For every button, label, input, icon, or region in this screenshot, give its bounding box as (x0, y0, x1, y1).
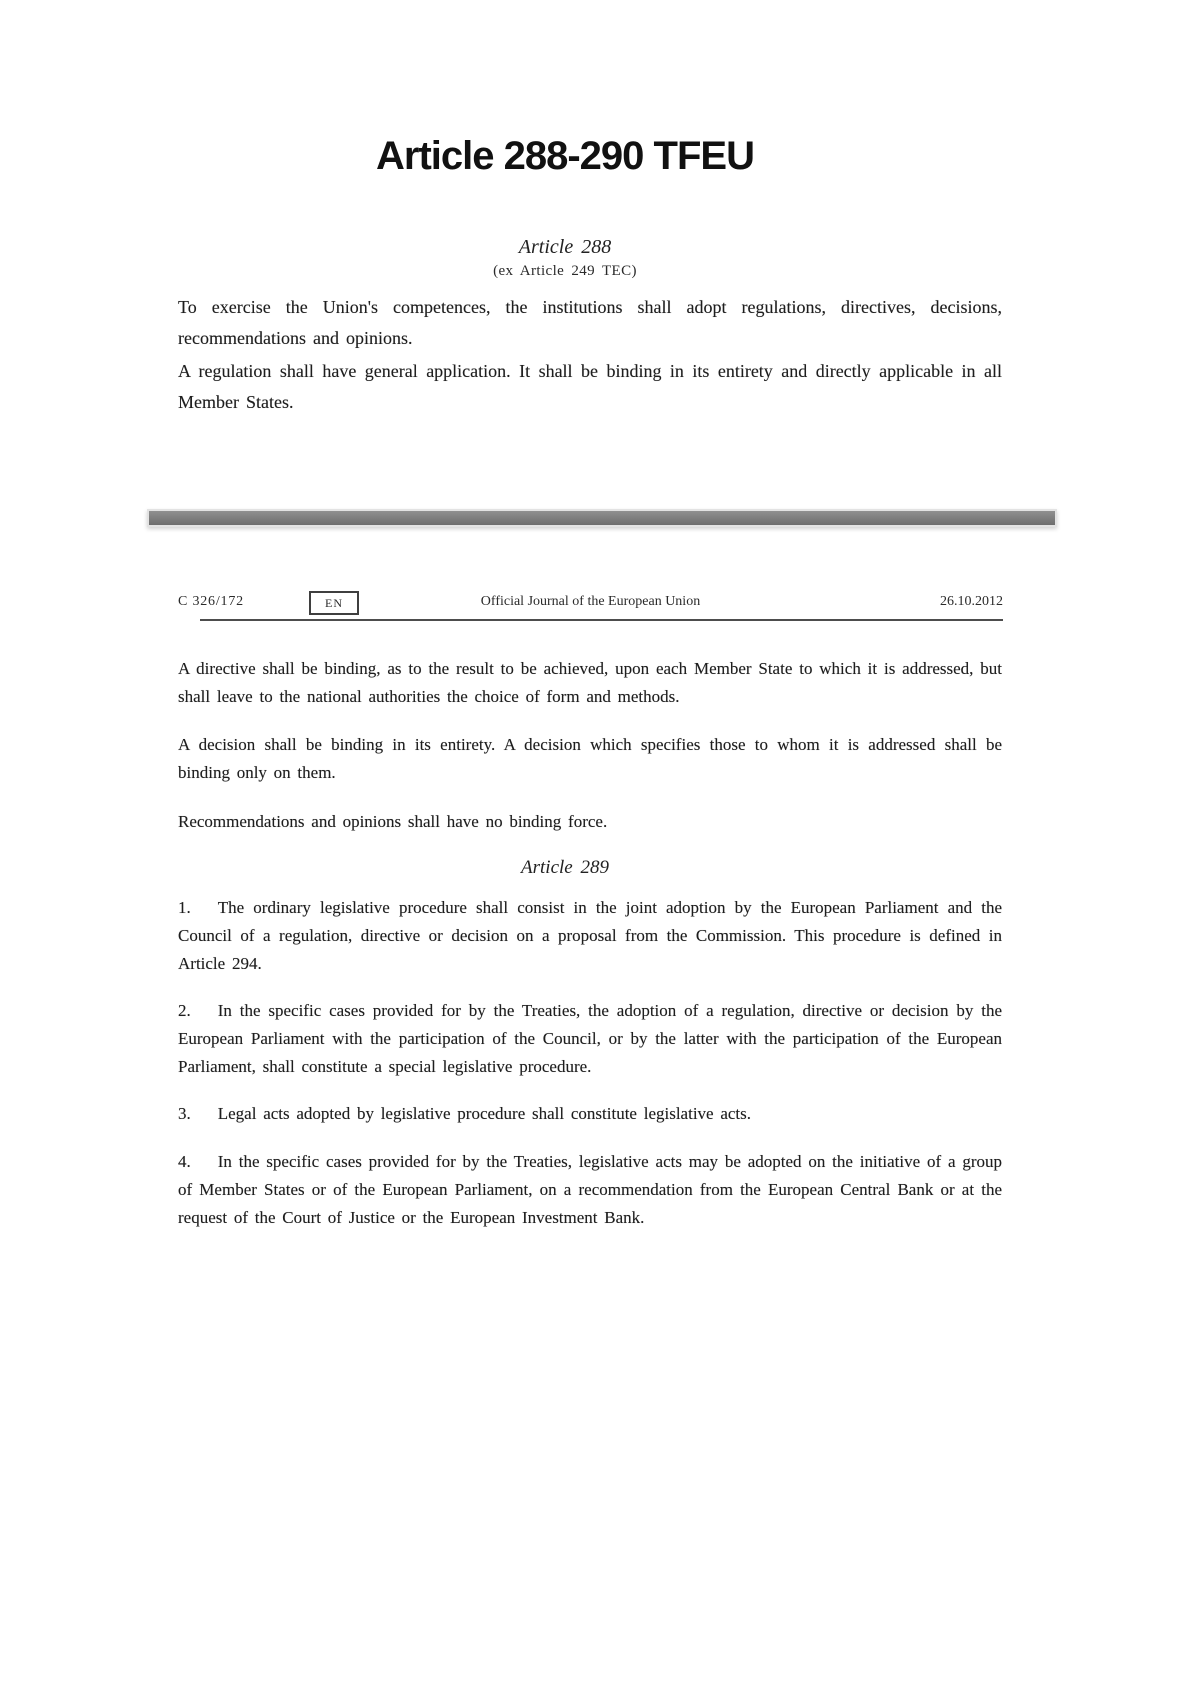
paragraph-289-3: 3.Legal acts adopted by legislative proc… (178, 1100, 1002, 1128)
paragraph-directive: A directive shall be binding, as to the … (178, 655, 1002, 711)
paragraph-289-2: 2.In the specific cases provided for by … (178, 997, 1002, 1081)
journal-header-rule (200, 619, 1003, 621)
paragraph-recommendations: Recommendations and opinions shall have … (178, 808, 1002, 836)
paragraph-289-4: 4.In the specific cases provided for by … (178, 1148, 1002, 1232)
article-288-heading: Article 288 (150, 236, 980, 259)
paragraph-text: The ordinary legislative procedure shall… (178, 898, 1002, 973)
paragraph-text: Legal acts adopted by legislative proced… (218, 1104, 751, 1123)
paragraph-text: In the specific cases provided for by th… (178, 1001, 1002, 1076)
paragraph-number: 1. (178, 894, 191, 922)
article-288-subheading: (ex Article 249 TEC) (150, 263, 980, 280)
document-page: Article 288-290 TFEU Article 288 (ex Art… (0, 0, 1200, 1698)
paragraph-competences: To exercise the Union's competences, the… (178, 292, 1002, 354)
article-289-heading: Article 289 (150, 857, 980, 879)
paragraph-text: In the specific cases provided for by th… (178, 1152, 1002, 1227)
paragraph-number: 4. (178, 1148, 191, 1176)
page-title: Article 288-290 TFEU (0, 134, 1130, 179)
paragraph-number: 2. (178, 997, 191, 1025)
paragraph-number: 3. (178, 1100, 191, 1128)
journal-date: 26.10.2012 (178, 594, 1003, 610)
paragraph-regulation: A regulation shall have general applicat… (178, 356, 1002, 418)
section-divider-bar (147, 509, 1057, 527)
paragraph-289-1: 1.The ordinary legislative procedure sha… (178, 894, 1002, 978)
paragraph-decision: A decision shall be binding in its entir… (178, 731, 1002, 787)
